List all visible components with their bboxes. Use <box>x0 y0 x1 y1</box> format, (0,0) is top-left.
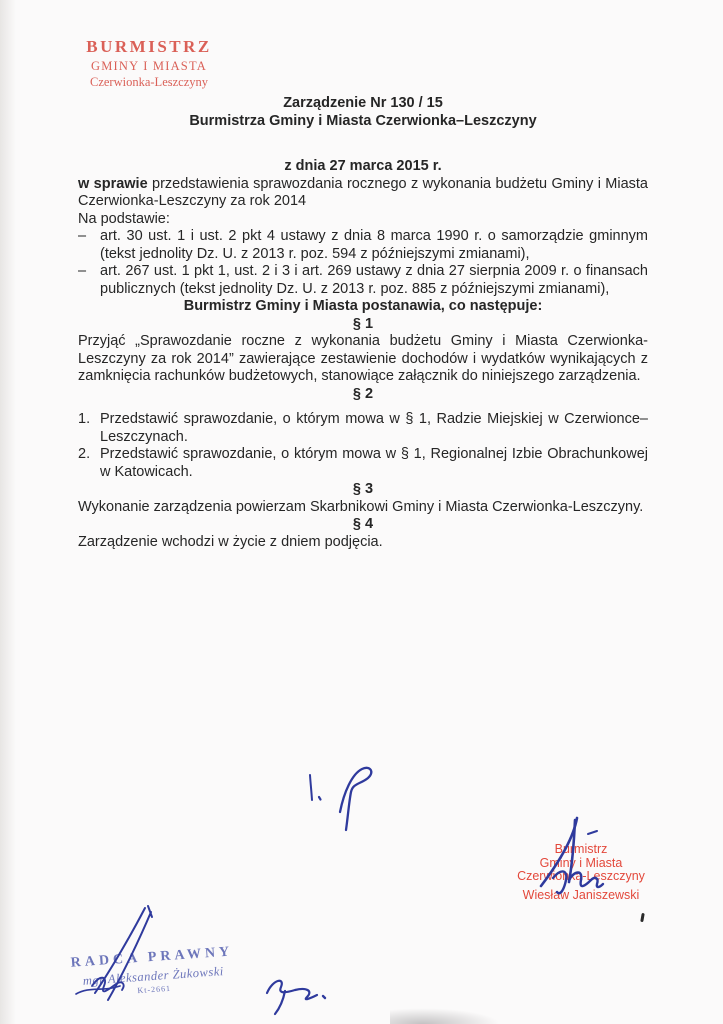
section-4-text: Zarządzenie wchodzi w życie z dniem podj… <box>78 534 648 552</box>
section-2-item-text: Przedstawić sprawozdanie, o którym mowa … <box>100 411 648 446</box>
secondary-initials-signature <box>255 973 355 1018</box>
stamp-office-line3: Czerwionka-Leszczyny <box>56 75 242 90</box>
scanned-document-page: BURMISTRZ GMINY I MIASTA Czerwionka-Lesz… <box>0 0 723 1024</box>
title-line-number: Zarządzenie Nr 130 / 15 <box>78 95 648 113</box>
legal-counsel-signature <box>62 898 182 1013</box>
dash-bullet: – <box>78 228 100 263</box>
header-office-stamp: BURMISTRZ GMINY I MIASTA Czerwionka-Lesz… <box>56 37 242 90</box>
list-item: 2. Przedstawić sprawozdanie, o którym mo… <box>78 446 648 481</box>
section-heading-2: § 2 <box>78 386 648 404</box>
section-2-item-text: Przedstawić sprawozdanie, o którym mowa … <box>100 446 648 481</box>
list-item: – art. 267 ust. 1 pkt 1, ust. 2 i 3 i ar… <box>78 263 648 298</box>
legal-basis-item-text: art. 30 ust. 1 i ust. 2 pkt 4 ustawy z d… <box>100 228 648 263</box>
stamp-office-title: BURMISTRZ <box>56 37 242 57</box>
legal-basis-intro: Na podstawie: <box>78 211 648 229</box>
section-1-text: Przyjąć „Sprawozdanie roczne z wykonania… <box>78 333 648 386</box>
section-heading-3: § 3 <box>78 481 648 499</box>
list-item: – art. 30 ust. 1 i ust. 2 pkt 4 ustawy z… <box>78 228 648 263</box>
scan-edge-shadow <box>0 0 16 1024</box>
scan-smudge <box>390 1008 500 1024</box>
initials-paraph-signature <box>295 750 395 840</box>
title-line-issuer: Burmistrza Gminy i Miasta Czerwionka–Les… <box>78 113 648 131</box>
subject-paragraph: w sprawie przedstawienia sprawozdania ro… <box>78 176 648 211</box>
section-heading-4: § 4 <box>78 516 648 534</box>
number-bullet: 1. <box>78 411 100 446</box>
resolution-intro: Burmistrz Gminy i Miasta postanawia, co … <box>78 298 648 316</box>
subject-text: przedstawienia sprawozdania rocznego z w… <box>78 176 648 210</box>
stamp-office-line2: GMINY I MIASTA <box>56 59 242 74</box>
subject-label: w sprawie <box>78 176 148 192</box>
legal-basis-item-text: art. 267 ust. 1 pkt 1, ust. 2 i 3 i art.… <box>100 263 648 298</box>
document-body: Zarządzenie Nr 130 / 15 Burmistrza Gminy… <box>78 95 648 551</box>
document-title: Zarządzenie Nr 130 / 15 Burmistrza Gminy… <box>78 95 648 130</box>
document-date: z dnia 27 marca 2015 r. <box>78 158 648 176</box>
list-item: 1. Przedstawić sprawozdanie, o którym mo… <box>78 411 648 446</box>
dash-bullet: – <box>78 263 100 298</box>
section-2-list: 1. Przedstawić sprawozdanie, o którym mo… <box>78 411 648 481</box>
legal-basis-list: – art. 30 ust. 1 i ust. 2 pkt 4 ustawy z… <box>78 228 648 298</box>
number-bullet: 2. <box>78 446 100 481</box>
mayor-signature <box>533 810 658 930</box>
section-heading-1: § 1 <box>78 316 648 334</box>
section-3-text: Wykonanie zarządzenia powierzam Skarbnik… <box>78 499 648 517</box>
